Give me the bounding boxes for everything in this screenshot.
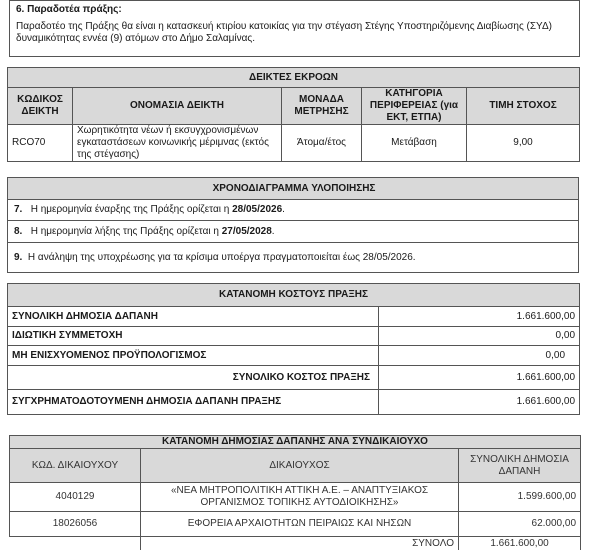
beneficiary-allocation-table: ΚΑΤΑΝΟΜΗ ΔΗΜΟΣΙΑΣ ΔΑΠΑΝΗΣ ΑΝΑ ΣΥΝΔΙΚΑΙΟΥ…	[9, 435, 581, 550]
indicator-region: Μετάβαση	[362, 125, 467, 162]
table-row: ΣΥΝΟΛΙΚΗ ΔΗΜΟΣΙΑ ΔΑΠΑΝΗ 1.661.600,00	[8, 307, 580, 327]
cost-label: ΙΔΙΩΤΙΚΗ ΣΥΜΜΕΤΟΧΗ	[8, 327, 379, 346]
indicators-header-region: ΚΑΤΗΓΟΡΙΑ ΠΕΡΙΦΕΡΕΙΑΣ (για ΕΚΤ, ΕΤΠΑ)	[362, 88, 467, 125]
indicators-header-code: ΚΩΔΙΚΟΣ ΔΕΙΚΤΗ	[8, 88, 73, 125]
beneficiaries-header-name: ΔΙΚΑΙΟΥΧΟΣ	[141, 449, 459, 483]
deliverables-section: 6. Παραδοτέα πράξης: Παραδοτέο της Πράξη…	[9, 0, 580, 57]
cost-label: ΣΥΝΟΛΙΚΗ ΔΗΜΟΣΙΑ ΔΑΠΑΝΗ	[8, 307, 379, 327]
beneficiaries-header-amount: ΣΥΝΟΛΙΚΗ ΔΗΜΟΣΙΑ ΔΑΠΑΝΗ	[459, 449, 581, 483]
deliverables-text: Παραδοτέο της Πράξης θα είναι η κατασκευ…	[16, 21, 573, 45]
indicator-name: Χωρητικότητα νέων ή εκσυγχρονισμένων εγκ…	[73, 125, 282, 162]
schedule-item: 9. Η ανάληψη της υποχρέωσης για τα κρίσι…	[8, 243, 579, 273]
table-row: ΜΗ ΕΝΙΣΧΥΟΜΕΝΟΣ ΠΡΟΫΠΟΛΟΓΙΣΜΟΣ 0,00	[8, 346, 580, 366]
indicators-header-target: ΤΙΜΗ ΣΤΟΧΟΣ	[467, 88, 580, 125]
schedule-item-text: Η ημερομηνία έναρξης της Πράξης ορίζεται…	[31, 204, 232, 215]
beneficiary-amount: 1.599.600,00	[459, 483, 581, 512]
schedule-item: 8. Η ημερομηνία λήξης της Πράξης ορίζετα…	[8, 221, 579, 243]
beneficiaries-header-code: ΚΩΔ. ΔΙΚΑΙΟΥΧΟΥ	[10, 449, 141, 483]
total-row: ΣΥΝΟΛΟ 1.661.600,00	[10, 537, 581, 550]
indicator-target: 9,00	[467, 125, 580, 162]
schedule-item-number: 8.	[14, 226, 22, 237]
cost-value: 1.661.600,00	[379, 366, 580, 390]
schedule-table: ΧΡΟΝΟΔΙΑΓΡΑΜΜΑ ΥΛΟΠΟΙΗΣΗΣ 7. Η ημερομηνί…	[7, 177, 579, 273]
table-row: 18026056 ΕΦΟΡΕΙΑ ΑΡΧΑΙΟΤΗΤΩΝ ΠΕΙΡΑΙΩΣ ΚΑ…	[10, 512, 581, 537]
table-row: RCO70 Χωρητικότητα νέων ή εκσυγχρονισμέν…	[8, 125, 580, 162]
cost-value: 1.661.600,00	[379, 307, 580, 327]
schedule-item: 7. Η ημερομηνία έναρξης της Πράξης ορίζε…	[8, 200, 579, 221]
table-row: ΣΥΓΧΡΗΜΑΤΟΔΟΤΟΥΜΕΝΗ ΔΗΜΟΣΙΑ ΔΑΠΑΝΗ ΠΡΑΞΗ…	[8, 390, 580, 415]
table-row: 4040129 «ΝΕΑ ΜΗΤΡΟΠΟΛΙΤΙΚΗ ΑΤΤΙΚΗ Α.Ε. –…	[10, 483, 581, 512]
schedule-item-date: 28/05/2026	[232, 204, 282, 215]
deliverables-heading: 6. Παραδοτέα πράξης:	[16, 3, 573, 17]
cost-label: ΜΗ ΕΝΙΣΧΥΟΜΕΝΟΣ ΠΡΟΫΠΟΛΟΓΙΣΜΟΣ	[8, 346, 379, 366]
schedule-item-tail: .	[272, 226, 275, 237]
cost-allocation-table: ΚΑΤΑΝΟΜΗ ΚΟΣΤΟΥΣ ΠΡΑΞΗΣ ΣΥΝΟΛΙΚΗ ΔΗΜΟΣΙΑ…	[7, 283, 580, 415]
total-label: ΣΥΝΟΛΟ	[141, 537, 459, 550]
beneficiary-name: ΕΦΟΡΕΙΑ ΑΡΧΑΙΟΤΗΤΩΝ ΠΕΙΡΑΙΩΣ ΚΑΙ ΝΗΣΩΝ	[141, 512, 459, 537]
indicators-title: ΔΕΙΚΤΕΣ ΕΚΡΟΩΝ	[8, 68, 580, 88]
output-indicators-table: ΔΕΙΚΤΕΣ ΕΚΡΟΩΝ ΚΩΔΙΚΟΣ ΔΕΙΚΤΗ ΟΝΟΜΑΣΙΑ Δ…	[7, 67, 580, 162]
beneficiary-name: «ΝΕΑ ΜΗΤΡΟΠΟΛΙΤΙΚΗ ΑΤΤΙΚΗ Α.Ε. – ΑΝΑΠΤΥΞ…	[141, 483, 459, 512]
indicators-header-unit: ΜΟΝΑΔΑ ΜΕΤΡΗΣΗΣ	[282, 88, 362, 125]
cost-label: ΣΥΝΟΛΙΚΟ ΚΟΣΤΟΣ ΠΡΑΞΗΣ	[8, 366, 379, 390]
beneficiaries-title: ΚΑΤΑΝΟΜΗ ΔΗΜΟΣΙΑΣ ΔΑΠΑΝΗΣ ΑΝΑ ΣΥΝΔΙΚΑΙΟΥ…	[10, 436, 581, 449]
costs-title: ΚΑΤΑΝΟΜΗ ΚΟΣΤΟΥΣ ΠΡΑΞΗΣ	[8, 284, 580, 307]
cost-value: 0,00	[379, 346, 580, 366]
table-row: ΣΥΝΟΛΙΚΟ ΚΟΣΤΟΣ ΠΡΑΞΗΣ 1.661.600,00	[8, 366, 580, 390]
schedule-item-number: 7.	[14, 204, 22, 215]
beneficiary-amount: 62.000,00	[459, 512, 581, 537]
cost-value: 0,00	[379, 327, 580, 346]
beneficiary-code: 18026056	[10, 512, 141, 537]
cost-label: ΣΥΓΧΡΗΜΑΤΟΔΟΤΟΥΜΕΝΗ ΔΗΜΟΣΙΑ ΔΑΠΑΝΗ ΠΡΑΞΗ…	[8, 390, 379, 415]
total-value: 1.661.600,00	[459, 537, 581, 550]
indicator-unit: Άτομα/έτος	[282, 125, 362, 162]
schedule-item-date: 27/05/2028	[222, 226, 272, 237]
indicator-code: RCO70	[8, 125, 73, 162]
table-row: ΙΔΙΩΤΙΚΗ ΣΥΜΜΕΤΟΧΗ 0,00	[8, 327, 580, 346]
schedule-item-tail: .	[282, 204, 285, 215]
schedule-item-text: Η ανάληψη της υποχρέωσης για τα κρίσιμα …	[28, 252, 416, 263]
indicators-header-name: ΟΝΟΜΑΣΙΑ ΔΕΙΚΤΗ	[73, 88, 282, 125]
schedule-item-text: Η ημερομηνία λήξης της Πράξης ορίζεται η	[31, 226, 222, 237]
cost-value: 1.661.600,00	[379, 390, 580, 415]
beneficiary-code: 4040129	[10, 483, 141, 512]
schedule-item-number: 9.	[14, 252, 22, 263]
schedule-title: ΧΡΟΝΟΔΙΑΓΡΑΜΜΑ ΥΛΟΠΟΙΗΣΗΣ	[8, 178, 579, 200]
